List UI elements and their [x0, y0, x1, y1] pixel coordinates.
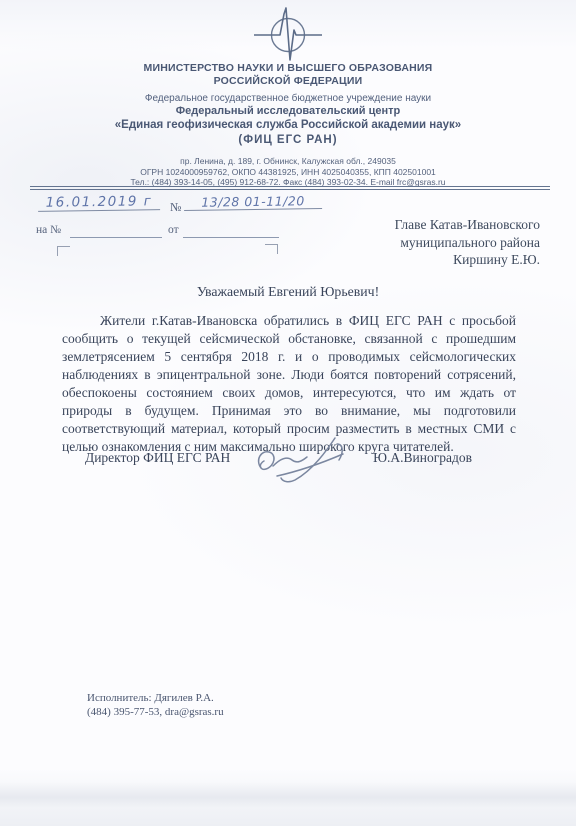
seismic-pulse-logo-icon — [0, 6, 576, 62]
scan-shadow — [0, 782, 576, 808]
center-name-line1: Федеральный исследовательский центр — [0, 105, 576, 118]
letterhead: МИНИСТЕРСТВО НАУКИ И ВЫСШЕГО ОБРАЗОВАНИЯ… — [0, 0, 576, 188]
center-name-line2: «Единая геофизическая служба Российской … — [0, 118, 576, 132]
address-corner-mark-left — [57, 246, 70, 256]
executor-block: Исполнитель: Дягилев Р.А. (484) 395-77-5… — [87, 691, 224, 719]
number-label: № — [170, 200, 181, 215]
salutation: Уважаемый Евгений Юрьевич! — [0, 284, 576, 300]
ministry-name-line2: РОССИЙСКОЙ ФЕДЕРАЦИИ — [0, 75, 576, 88]
outgoing-number-handwritten: 13/28 01-11/20 — [184, 193, 322, 211]
recipient-line: муниципального района — [395, 234, 540, 252]
postal-address: пр. Ленина, д. 189, г. Обнинск, Калужска… — [0, 156, 576, 167]
scanned-letter-page: МИНИСТЕРСТВО НАУКИ И ВЫСШЕГО ОБРАЗОВАНИЯ… — [0, 0, 576, 826]
address-corner-mark-right — [265, 244, 278, 254]
handwritten-signature-icon — [247, 434, 357, 490]
recipient-line: Главе Катав-Ивановского — [395, 216, 540, 234]
institution-type: Федеральное государственное бюджетное уч… — [0, 92, 576, 105]
signer-name: Ю.А.Виноградов — [373, 450, 472, 466]
signature-row: Директор ФИЦ ЕГС РАН Ю.А.Виноградов — [85, 450, 472, 490]
outgoing-date-handwritten: 16.01.2019 г — [38, 193, 160, 212]
incoming-date-blank — [183, 220, 279, 238]
signer-title: Директор ФИЦ ЕГС РАН — [85, 450, 230, 466]
recipient-line: Киршину Е.Ю. — [395, 251, 540, 269]
ministry-name-line1: МИНИСТЕРСТВО НАУКИ И ВЫСШЕГО ОБРАЗОВАНИЯ — [0, 62, 576, 75]
incoming-date-label: от — [168, 224, 179, 236]
letterhead-divider — [30, 186, 550, 190]
executor-contacts: (484) 395-77-53, dra@gsras.ru — [87, 705, 224, 719]
incoming-number-blank — [70, 220, 162, 238]
registration-numbers: ОГРН 1024000959762, ОКПО 44381925, ИНН 4… — [0, 167, 576, 178]
reference-zone: 16.01.2019 г № 13/28 01-11/20 на № от — [36, 194, 326, 242]
center-abbreviation: (ФИЦ ЕГС РАН) — [0, 133, 576, 147]
incoming-number-label: на № — [36, 224, 61, 236]
executor-name: Исполнитель: Дягилев Р.А. — [87, 691, 224, 705]
recipient-block: Главе Катав-Ивановского муниципального р… — [395, 216, 540, 269]
